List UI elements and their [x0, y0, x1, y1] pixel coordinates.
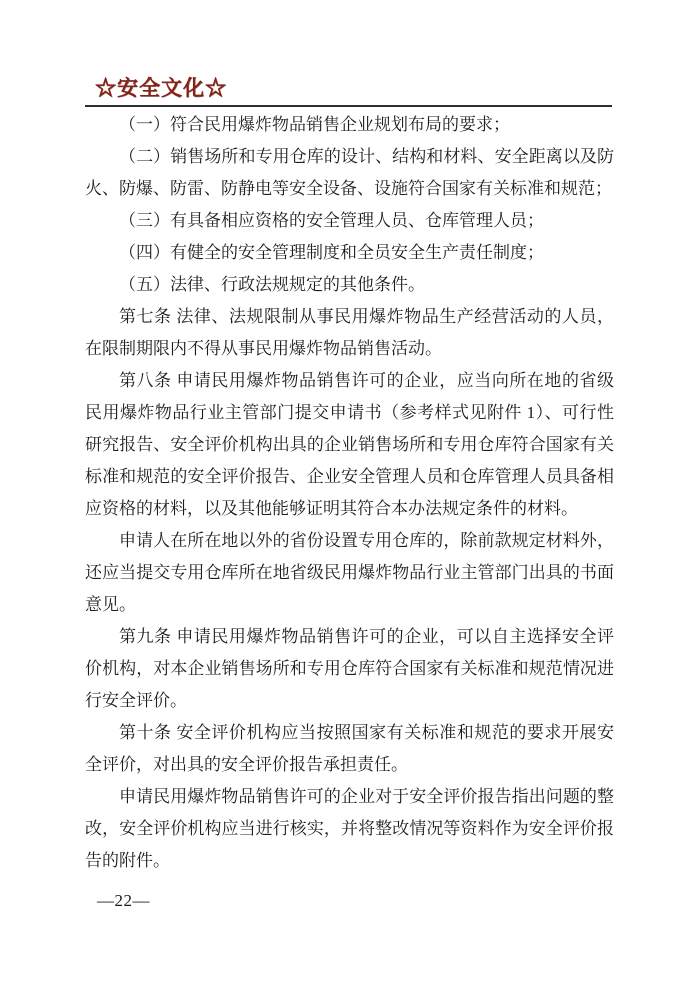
paragraph-item-1: （一）符合民用爆炸物品销售企业规划布局的要求； — [85, 109, 614, 141]
header-rule — [85, 105, 612, 107]
paragraph-item-5: （五）法律、行政法规规定的其他条件。 — [85, 269, 614, 301]
header-title: ☆安全文化☆ — [95, 76, 227, 100]
paragraph-article-7: 第七条 法律、法规限制从事民用爆炸物品生产经营活动的人员，在限制期限内不得从事民… — [85, 301, 614, 365]
document-page: ☆安全文化☆ （一）符合民用爆炸物品销售企业规划布局的要求； （二）销售场所和专… — [0, 0, 700, 990]
paragraph-item-4: （四）有健全的安全管理制度和全员安全生产责任制度； — [85, 237, 614, 269]
page-number: —22— — [97, 891, 150, 911]
paragraph-item-3: （三）有具备相应资格的安全管理人员、仓库管理人员； — [85, 205, 614, 237]
paragraph-article-8-supplement: 申请人在所在地以外的省份设置专用仓库的，除前款规定材料外，还应当提交专用仓库所在… — [85, 525, 614, 621]
paragraph-article-10: 第十条 安全评价机构应当按照国家有关标准和规范的要求开展安全评价，对出具的安全评… — [85, 717, 614, 781]
paragraph-article-8: 第八条 申请民用爆炸物品销售许可的企业，应当向所在地的省级民用爆炸物品行业主管部… — [85, 365, 614, 525]
paragraph-article-9: 第九条 申请民用爆炸物品销售许可的企业，可以自主选择安全评价机构，对本企业销售场… — [85, 621, 614, 717]
document-body: （一）符合民用爆炸物品销售企业规划布局的要求； （二）销售场所和专用仓库的设计、… — [85, 109, 614, 877]
paragraph-item-2: （二）销售场所和专用仓库的设计、结构和材料、安全距离以及防火、防爆、防雷、防静电… — [85, 141, 614, 205]
paragraph-article-10-supplement: 申请民用爆炸物品销售许可的企业对于安全评价报告指出问题的整改，安全评价机构应当进… — [85, 781, 614, 877]
page-header: ☆安全文化☆ — [95, 72, 227, 102]
